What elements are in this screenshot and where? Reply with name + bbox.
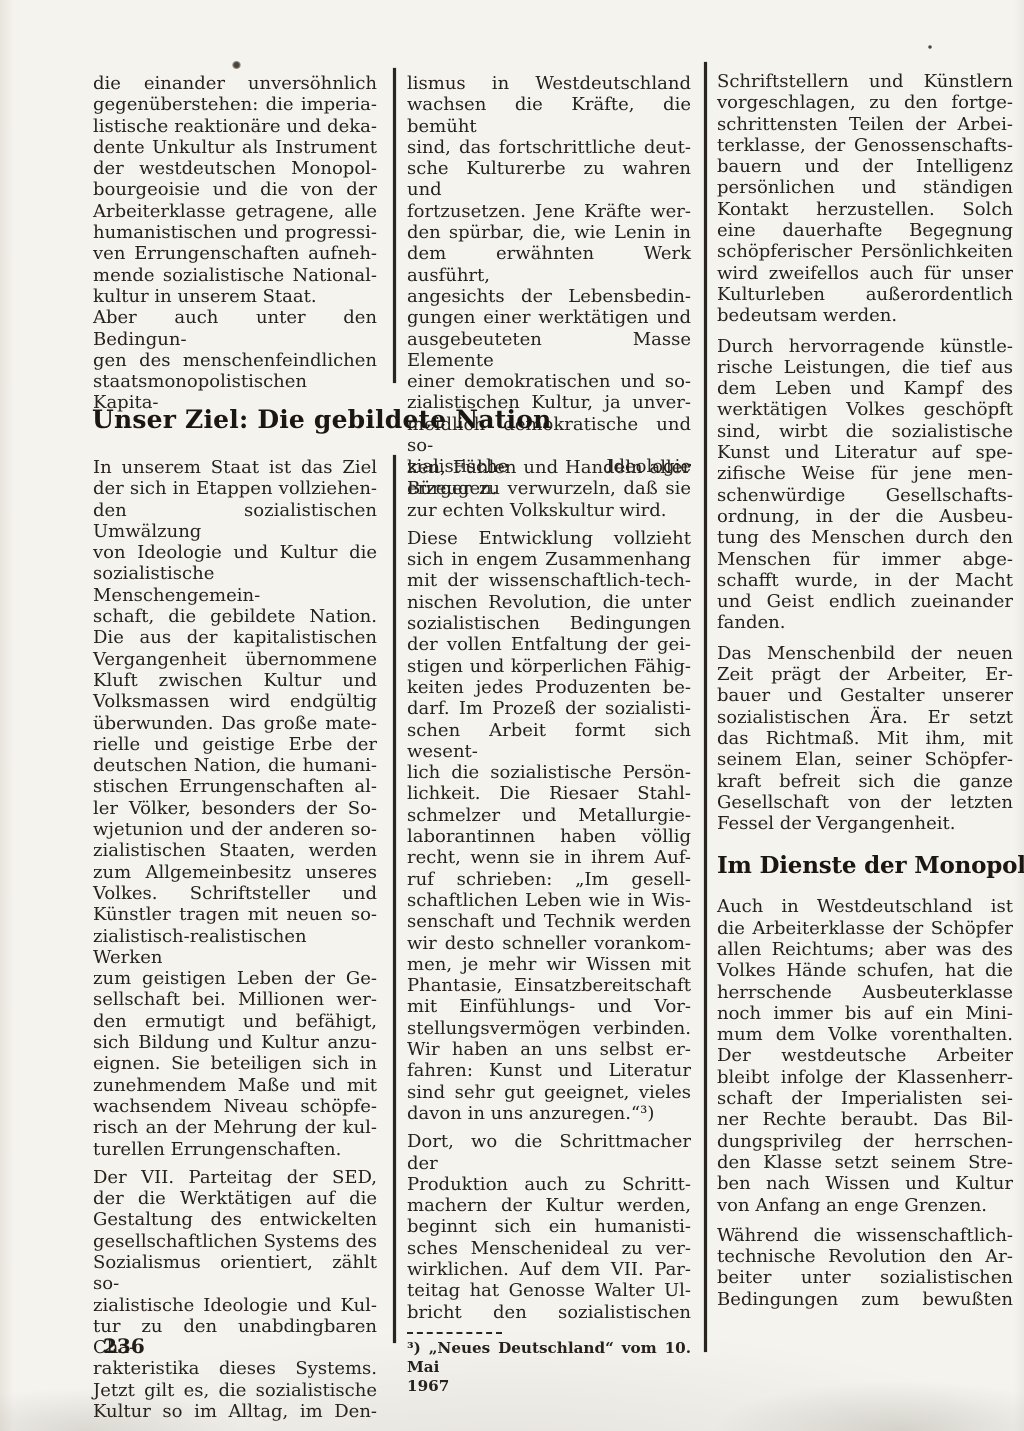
text-line: Gestaltung des entwickelten [93, 1209, 377, 1230]
text-line: kultur in unserem Staat. [93, 286, 377, 307]
text-line: In unserem Staat ist das Ziel [93, 457, 377, 478]
text-line: lich die sozialistische Persön- [407, 762, 691, 783]
paragraph: Dort, wo die Schrittmacher derProduktion… [407, 1131, 691, 1323]
text-line: mit der wissenschaftlich-tech- [407, 570, 691, 591]
column-middle-main: ken, Fühlen und Handeln allerBürger zu v… [407, 457, 691, 1396]
text-line: von Anfang an enge Grenzen. [717, 1195, 1013, 1216]
text-line: listische reaktionäre und deka- [93, 116, 377, 137]
text-line: schöpferischer Persönlichkeiten [717, 241, 1013, 262]
footnote: ³) „Neues Deutschland“ vom 10. Mai1967 [407, 1339, 691, 1396]
text-line: dem Leben und Kampf des [717, 378, 1013, 399]
text-line: gesellschaftlichen Systems des [93, 1231, 377, 1252]
text-line: seinem Elan, seiner Schöpfer- [717, 749, 1013, 770]
text-line: keiten jedes Produzenten be- [407, 677, 691, 698]
text-line: fahren: Kunst und Literatur [407, 1060, 691, 1081]
text-line: den Klasse setzt seinem Stre- [717, 1152, 1013, 1173]
text-line: mum dem Volke vorenthalten. [717, 1024, 1013, 1045]
paragraph: die einander unversöhnlichgegenüberstehe… [93, 73, 377, 307]
text-line: den spürbar, die, wie Lenin in [407, 222, 691, 243]
footnote-rule [407, 1332, 502, 1334]
text-line: Sozialismus orientiert, zählt so- [93, 1252, 377, 1295]
text-line: der westdeutschen Monopol- [93, 158, 377, 179]
column-divider-rule [393, 455, 396, 1343]
text-line: von Ideologie und Kultur die [93, 542, 377, 563]
text-line: allen Reichtums; aber was des [717, 939, 1013, 960]
text-line: wird zweifellos auch für unser [717, 263, 1013, 284]
text-line: Aber auch unter den Bedingun- [93, 307, 377, 350]
section-heading-gebildete-nation: Unser Ziel: Die gebildete Nation [92, 404, 551, 436]
paragraph: ken, Fühlen und Handeln allerBürger zu v… [407, 457, 691, 521]
text-line: Fessel der Vergangenheit. [717, 813, 1013, 834]
text-line: Bedingungen zum bewußten [717, 1289, 1013, 1310]
text-line: Volksmassen wird endgültig [93, 691, 377, 712]
text-line: zifische Weise für jene men- [717, 463, 1013, 484]
text-line: schrittensten Teilen der Arbei- [717, 114, 1013, 135]
text-line: ordnung, in der die Ausbeu- [717, 506, 1013, 527]
text-line: Zeit prägt der Arbeiter, Er- [717, 664, 1013, 685]
text-line: Produktion auch zu Schritt- [407, 1174, 691, 1195]
text-line: wir desto schneller vorankom- [407, 933, 691, 954]
text-line: zialistisch-realistischen Werken [93, 926, 377, 969]
text-line: Vergangenheit übernommene [93, 649, 377, 670]
text-line: Kluft zwischen Kultur und [93, 670, 377, 691]
text-line: zialistischen Staaten, werden [93, 840, 377, 861]
text-line: sind, wirbt die sozialistische [717, 421, 1013, 442]
column-divider-rule [704, 62, 707, 1352]
text-line: Kunst und Literatur auf spe- [717, 442, 1013, 463]
text-line: risch an der Mehrung der kul- [93, 1117, 377, 1138]
text-line: die Arbeiterklasse der Schöpfer [717, 918, 1013, 939]
text-line: zunehmendem Maße und mit [93, 1075, 377, 1096]
text-line: sich in engem Zusammenhang [407, 549, 691, 570]
text-line: angesichts der Lebensbedin- [407, 286, 691, 307]
text-line: Wir haben an uns selbst er- [407, 1039, 691, 1060]
text-line: wirklichen. Auf dem VII. Par- [407, 1259, 691, 1280]
text-line: sich Bildung und Kultur anzu- [93, 1032, 377, 1053]
text-line: sches Menschenideal zu ver- [407, 1238, 691, 1259]
text-line: zialistische Ideologie und Kul- [93, 1295, 377, 1316]
text-line: Menschen für immer abge- [717, 549, 1013, 570]
text-line: zum Allgemeinbesitz unseres [93, 862, 377, 883]
text-line: lismus in Westdeutschland [407, 73, 691, 94]
text-line: laborantinnen haben völlig [407, 826, 691, 847]
text-line: ³) „Neues Deutschland“ vom 10. Mai [407, 1339, 691, 1377]
text-line: ven Errungenschaften aufneh- [93, 243, 377, 264]
text-line: wjetunion und der anderen so- [93, 819, 377, 840]
text-line: zur echten Volkskultur wird. [407, 500, 691, 521]
text-line: senschaft und Technik werden [407, 911, 691, 932]
section-heading-monopole: Im Dienste der Monopole [717, 851, 1013, 881]
text-line: 1967 [407, 1377, 691, 1396]
text-line: bauer und Gestalter unserer [717, 685, 1013, 706]
text-line: ausgebeuteten Masse Elemente [407, 329, 691, 372]
text-line: Während die wissenschaftlich- [717, 1225, 1013, 1246]
text-line: Bürger zu verwurzeln, daß sie [407, 478, 691, 499]
text-line: darf. Im Prozeß der sozialisti- [407, 698, 691, 719]
text-line: den sozialistischen Umwälzung [93, 500, 377, 543]
text-line: stigen und körperlichen Fähig- [407, 656, 691, 677]
text-line: dungsprivileg der herrschen- [717, 1131, 1013, 1152]
text-line: stellungsvermögen verbinden. [407, 1018, 691, 1039]
ink-speck [232, 61, 241, 69]
paragraph: Das Menschenbild der neuenZeit prägt der… [717, 643, 1013, 835]
text-line: bleibt infolge der Klassenherr- [717, 1067, 1013, 1088]
text-line: tung des Menschen durch den [717, 527, 1013, 548]
text-line: der die Werktätigen auf die [93, 1188, 377, 1209]
text-line: Der VII. Parteitag der SED, [93, 1167, 377, 1188]
document-page: die einander unversöhnlichgegenüberstehe… [0, 0, 1024, 1431]
text-line: Kulturleben außerordentlich [717, 284, 1013, 305]
text-line: schenwürdige Gesellschafts- [717, 485, 1013, 506]
text-line: dente Unkultur als Instrument [93, 137, 377, 158]
text-line: Schriftstellern und Künstlern [717, 71, 1013, 92]
text-line: Die aus der kapitalistischen [93, 627, 377, 648]
text-line: eignen. Sie beteiligen sich in [93, 1053, 377, 1074]
text-line: rielle und geistige Erbe der [93, 734, 377, 755]
text-line: terklasse, der Genossenschafts- [717, 135, 1013, 156]
paragraph: Während die wissenschaftlich-technische … [717, 1225, 1013, 1310]
text-line: Gesellschaft von der letzten [717, 792, 1013, 813]
text-line: deutschen Nation, die humani- [93, 755, 377, 776]
text-line: wachsendem Niveau schöpfe- [93, 1096, 377, 1117]
column-left-top: die einander unversöhnlichgegenüberstehe… [93, 73, 377, 414]
text-line: den ermutigt und befähigt, [93, 1011, 377, 1032]
column-right: Schriftstellern und Künstlernvorgeschlag… [717, 71, 1013, 1310]
text-line: recht, wenn sie in ihrem Auf- [407, 847, 691, 868]
text-line: einer demokratischen und so- [407, 371, 691, 392]
text-line: gegenüberstehen: die imperia- [93, 94, 377, 115]
text-line: mende sozialistische National- [93, 265, 377, 286]
text-line: schen Arbeit formt sich wesent- [407, 720, 691, 763]
column-left-main: In unserem Staat ist das Zielder sich in… [93, 457, 377, 1422]
text-line: Künstler tragen mit neuen so- [93, 904, 377, 925]
text-line: der vollen Entfaltung der gei- [407, 634, 691, 655]
text-line: zum geistigen Leben der Ge- [93, 968, 377, 989]
text-line: men, je mehr wir Wissen mit [407, 954, 691, 975]
text-line: werktätigen Volkes geschöpft [717, 399, 1013, 420]
text-line: Volkes Hände schufen, hat die [717, 960, 1013, 981]
text-line: ler Völker, besonders der So- [93, 798, 377, 819]
text-line: persönlichen und ständigen [717, 177, 1013, 198]
text-line: humanistischen und progressi- [93, 222, 377, 243]
paragraph: Durch hervorragende künstle-rische Leist… [717, 336, 1013, 634]
text-line: davon in uns anzuregen.“³) [407, 1103, 691, 1124]
text-line: Diese Entwicklung vollzieht [407, 528, 691, 549]
text-line: machern der Kultur werden, [407, 1195, 691, 1216]
text-line: das Richtmaß. Mit ihm, mit [717, 728, 1013, 749]
paragraph: Aber auch unter den Bedingun-gen des men… [93, 307, 377, 413]
text-line: Durch hervorragende künstle- [717, 336, 1013, 357]
text-line: schafft wurde, in der Macht [717, 570, 1013, 591]
text-line: wachsen die Kräfte, die bemüht [407, 94, 691, 137]
text-line: sozialistischen Ära. Er setzt [717, 707, 1013, 728]
text-line: technische Revolution den Ar- [717, 1246, 1013, 1267]
text-line: der sich in Etappen vollziehen- [93, 478, 377, 499]
text-line: Arbeiterklasse getragene, alle [93, 201, 377, 222]
paragraph: In unserem Staat ist das Zielder sich in… [93, 457, 377, 1160]
text-line: Der westdeutsche Arbeiter [717, 1045, 1013, 1066]
text-line: fortzusetzen. Jene Kräfte wer- [407, 201, 691, 222]
text-line: schaft der Imperialisten sei- [717, 1088, 1013, 1109]
text-line: gen des menschenfeindlichen [93, 350, 377, 371]
text-line: ner Rechte beraubt. Das Bil- [717, 1109, 1013, 1130]
text-line: noch immer bis auf ein Mini- [717, 1003, 1013, 1024]
column-divider-rule [393, 68, 396, 383]
text-line: schaftlichen Leben wie in Wis- [407, 890, 691, 911]
text-line: herrschende Ausbeuterklasse [717, 982, 1013, 1003]
text-line: sellschaft bei. Millionen wer- [93, 989, 377, 1010]
text-line: Kontakt herzustellen. Solch [717, 199, 1013, 220]
text-line: Jetzt gilt es, die sozialistische [93, 1380, 377, 1401]
text-line: gungen einer werktätigen und [407, 307, 691, 328]
text-line: stischen Errungenschaften al- [93, 776, 377, 797]
column-right-upper: Schriftstellern und Künstlernvorgeschlag… [717, 71, 1013, 834]
text-line: und Geist endlich zueinander [717, 591, 1013, 612]
text-line: bourgeoisie und die von der [93, 179, 377, 200]
text-line: ken, Fühlen und Handeln aller [407, 457, 691, 478]
text-line: eine dauerhafte Begegnung [717, 220, 1013, 241]
text-line: teitag hat Genosse Walter Ul- [407, 1280, 691, 1301]
text-line: schaft, die gebildete Nation. [93, 606, 377, 627]
paragraph: Der VII. Parteitag der SED,der die Werkt… [93, 1167, 377, 1423]
text-line: überwunden. Das große mate- [93, 713, 377, 734]
text-line: rische Leistungen, die tief aus [717, 357, 1013, 378]
text-line: lichkeit. Die Riesaer Stahl- [407, 783, 691, 804]
text-line: ben nach Wissen und Kultur [717, 1173, 1013, 1194]
text-line: fanden. [717, 612, 1013, 633]
text-line: sind sehr gut geeignet, vieles [407, 1082, 691, 1103]
text-line: Auch in Westdeutschland ist [717, 896, 1013, 917]
page-number: 236 [103, 1334, 145, 1358]
text-line: sozialistischen Bedingungen [407, 613, 691, 634]
text-line: die einander unversöhnlich [93, 73, 377, 94]
text-line: rakteristika dieses Systems. [93, 1358, 377, 1379]
column-right-lower: Auch in Westdeutschland istdie Arbeiterk… [717, 896, 1013, 1310]
text-line: bauern und der Intelligenz [717, 156, 1013, 177]
text-line: Phantasie, Einsatzbereitschaft [407, 975, 691, 996]
column-middle-paragraphs: ken, Fühlen und Handeln allerBürger zu v… [407, 457, 691, 1323]
text-line: bricht den sozialistischen [407, 1302, 691, 1323]
text-line: beiter unter sozialistischen [717, 1267, 1013, 1288]
text-line: Kultur so im Alltag, im Den- [93, 1401, 377, 1422]
text-line: Volkes. Schriftsteller und [93, 883, 377, 904]
text-line: nischen Revolution, die unter [407, 592, 691, 613]
text-line: sozialistische Menschengemein- [93, 563, 377, 606]
text-line: bedeutsam werden. [717, 305, 1013, 326]
text-line: dem erwähnten Werk ausführt, [407, 243, 691, 286]
text-line: kraft befreit sich die ganze [717, 771, 1013, 792]
text-line: sind, das fortschrittliche deut- [407, 137, 691, 158]
paragraph: Auch in Westdeutschland istdie Arbeiterk… [717, 896, 1013, 1215]
text-line: turellen Errungenschaften. [93, 1139, 377, 1160]
text-line: sche Kulturerbe zu wahren und [407, 158, 691, 201]
text-line: schmelzer und Metallurgie- [407, 805, 691, 826]
text-line: mit Einfühlungs- und Vor- [407, 996, 691, 1017]
ink-speck [928, 45, 932, 49]
text-line: Das Menschenbild der neuen [717, 643, 1013, 664]
paragraph: Schriftstellern und Künstlernvorgeschlag… [717, 71, 1013, 327]
text-line: vorgeschlagen, zu den fortge- [717, 92, 1013, 113]
text-line: Dort, wo die Schrittmacher der [407, 1131, 691, 1174]
text-line: beginnt sich ein humanisti- [407, 1216, 691, 1237]
text-line: ruf schrieben: „Im gesell- [407, 869, 691, 890]
paragraph: ³) „Neues Deutschland“ vom 10. Mai1967 [407, 1339, 691, 1396]
paragraph: Diese Entwicklung vollziehtsich in engem… [407, 528, 691, 1124]
